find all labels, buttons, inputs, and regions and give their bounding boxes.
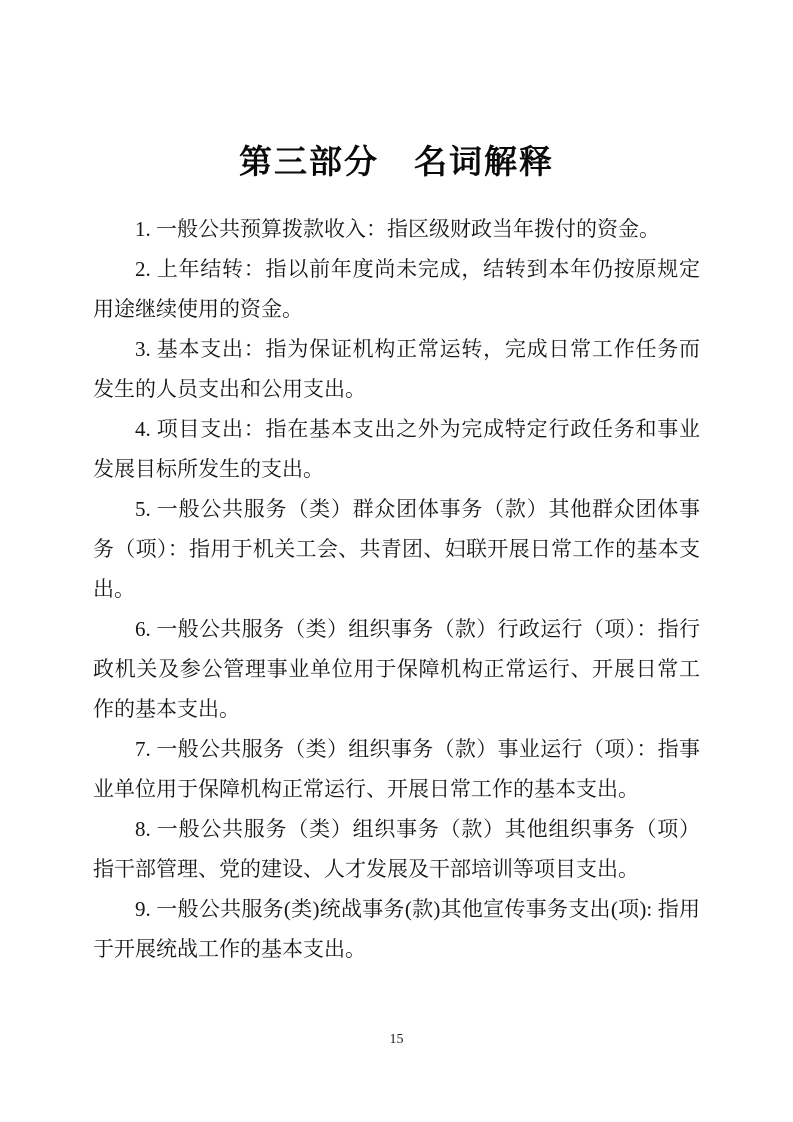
glossary-item-6: 6. 一般公共服务（类）组织事务（款）行政运行（项）：指行政机关及参公管理事业单… <box>93 609 700 729</box>
page-number: 15 <box>0 1032 793 1048</box>
glossary-item-8: 8. 一般公共服务（类）组织事务（款）其他组织事务（项）指干部管理、党的建设、人… <box>93 809 700 889</box>
page-title: 第三部分 名词解释 <box>93 0 700 183</box>
glossary-item-3: 3. 基本支出：指为保证机构正常运转，完成日常工作任务而发生的人员支出和公用支出… <box>93 329 700 409</box>
glossary-item-2: 2. 上年结转：指以前年度尚未完成，结转到本年仍按原规定用途继续使用的资金。 <box>93 249 700 329</box>
glossary-item-7: 7. 一般公共服务（类）组织事务（款）事业运行（项）：指事业单位用于保障机构正常… <box>93 729 700 809</box>
glossary-body: 1. 一般公共预算拨款收入：指区级财政当年拨付的资金。 2. 上年结转：指以前年… <box>93 209 700 969</box>
glossary-item-4: 4. 项目支出：指在基本支出之外为完成特定行政任务和事业发展目标所发生的支出。 <box>93 409 700 489</box>
document-page: 第三部分 名词解释 1. 一般公共预算拨款收入：指区级财政当年拨付的资金。 2.… <box>0 0 793 1122</box>
glossary-item-1: 1. 一般公共预算拨款收入：指区级财政当年拨付的资金。 <box>93 209 700 249</box>
glossary-item-9: 9. 一般公共服务(类)统战事务(款)其他宣传事务支出(项): 指用于开展统战工… <box>93 889 700 969</box>
glossary-item-5: 5. 一般公共服务（类）群众团体事务（款）其他群众团体事务（项）：指用于机关工会… <box>93 489 700 609</box>
